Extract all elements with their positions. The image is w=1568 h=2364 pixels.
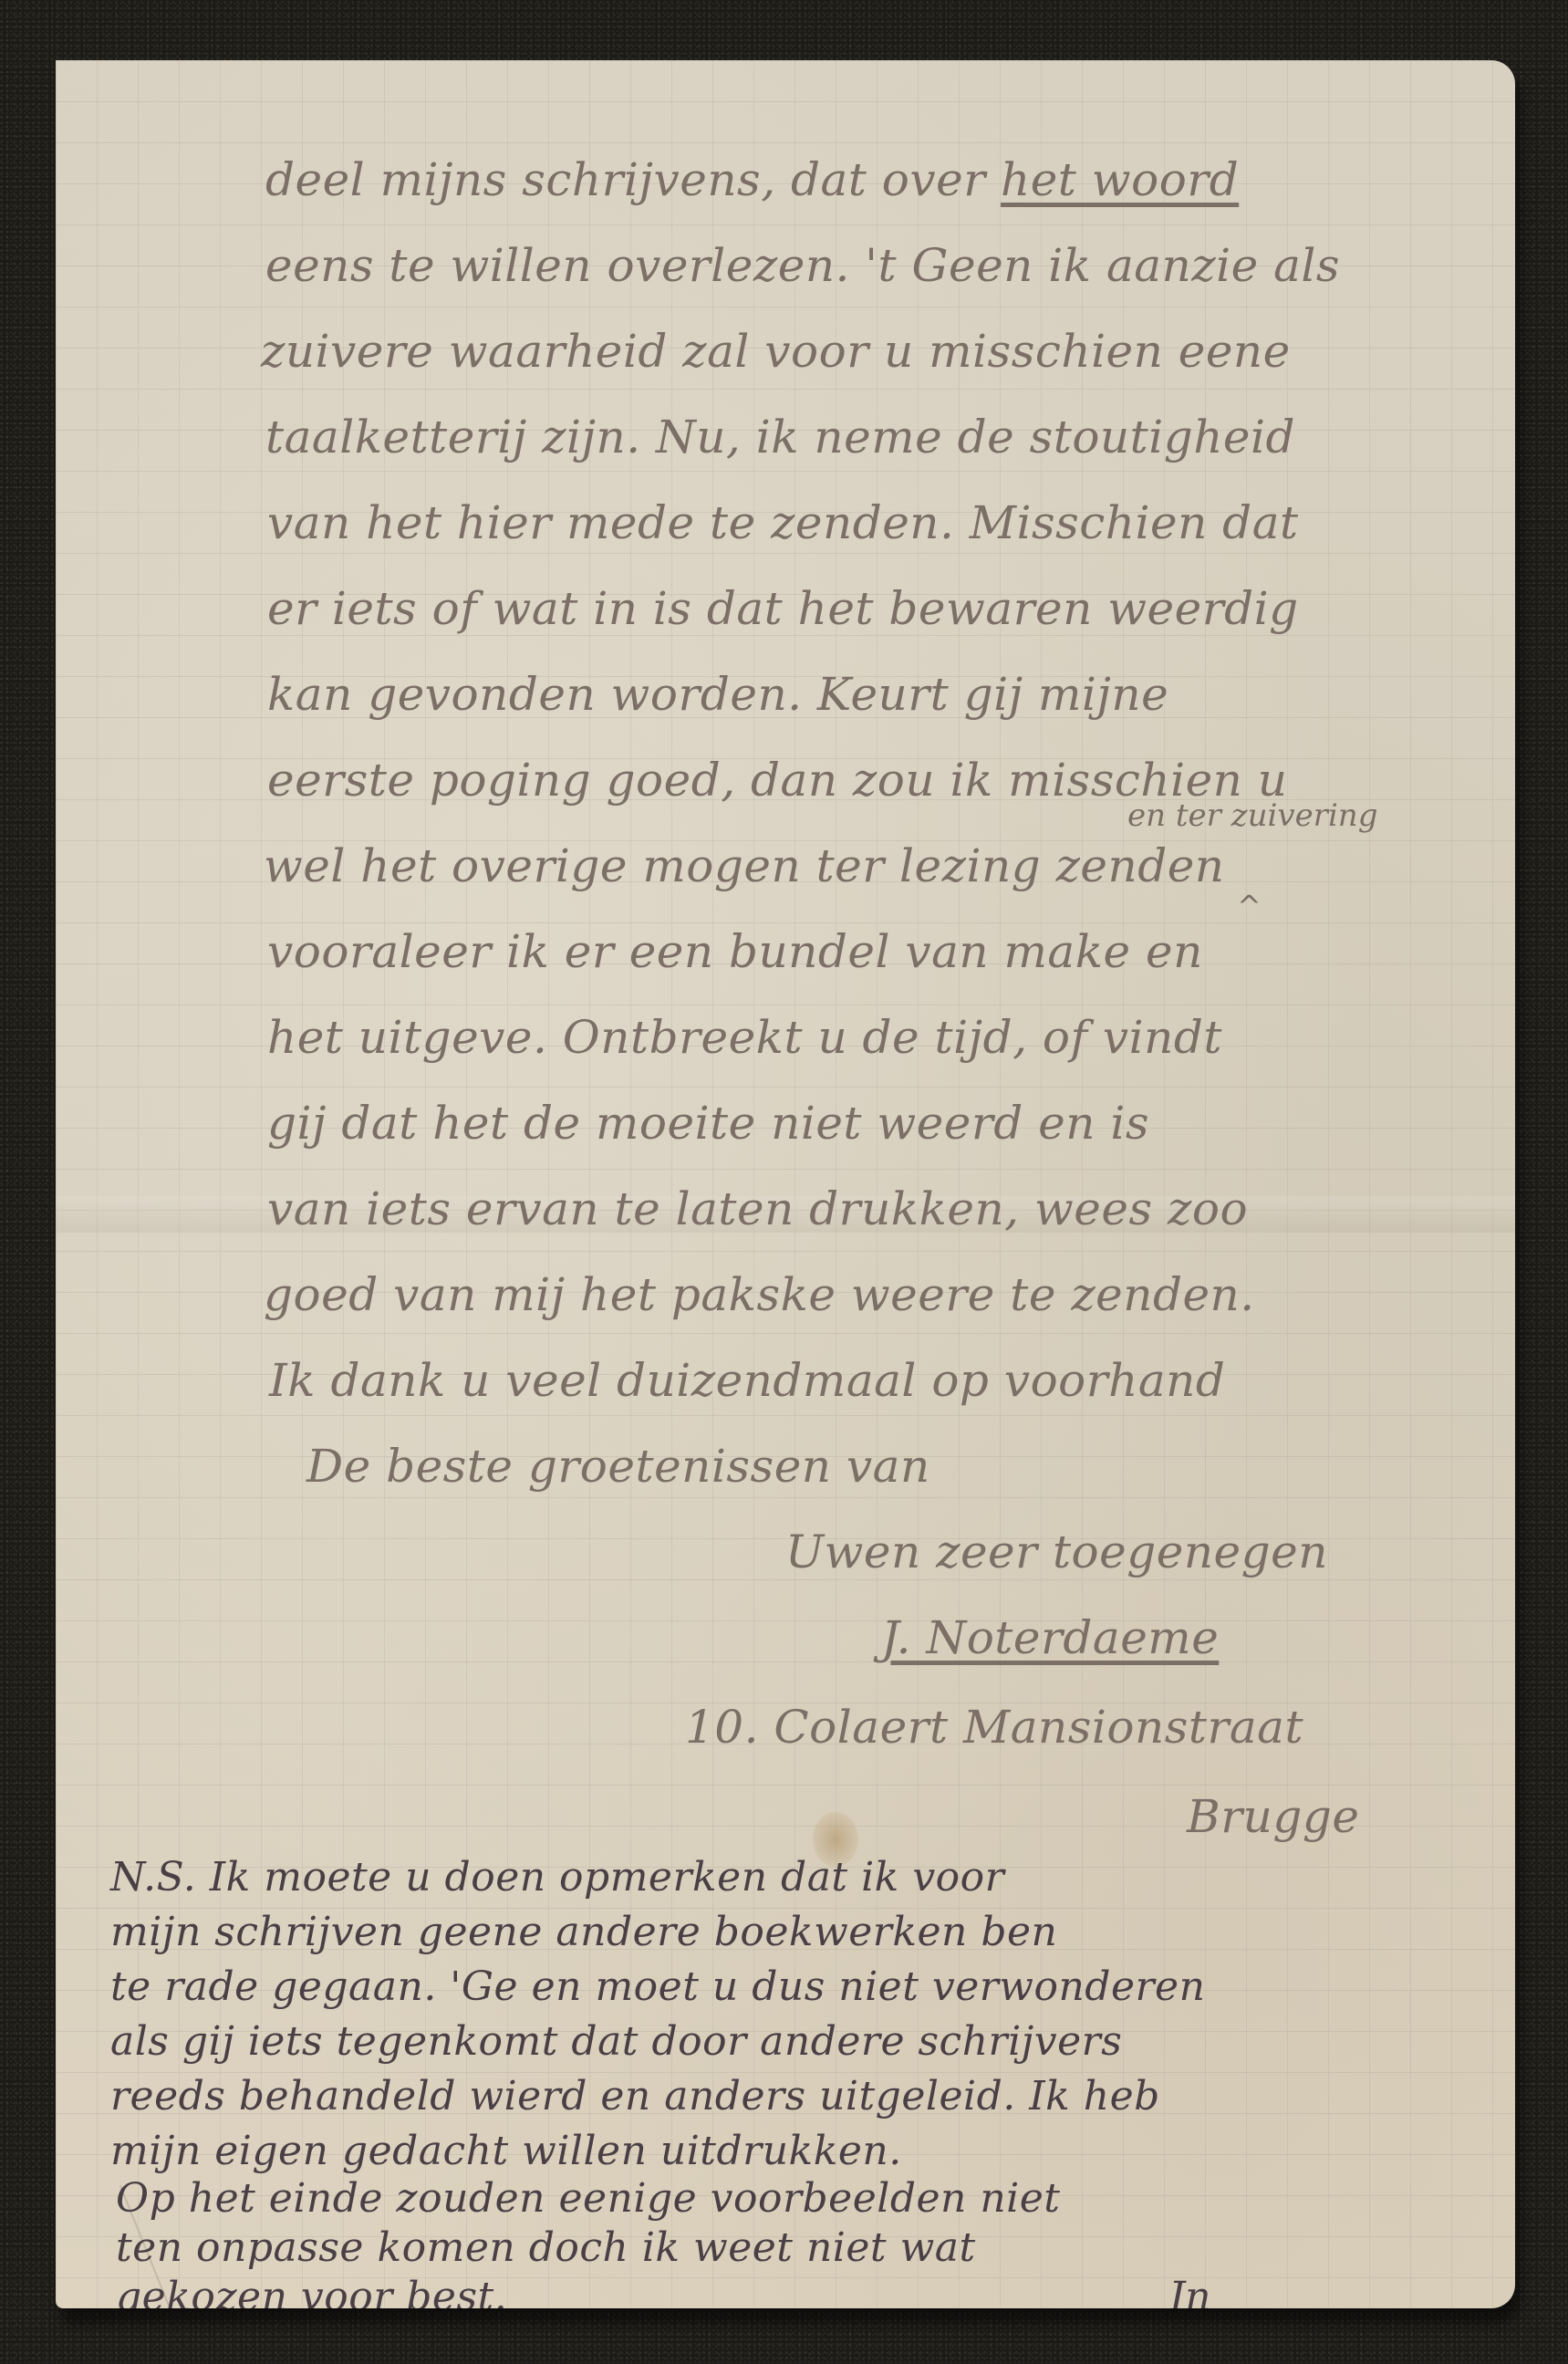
postscript-line-5: reeds behandeld wierd en anders uitgelei… bbox=[110, 2073, 1160, 2119]
body-line-15: Ik dank u veel duizendmaal op voorhand bbox=[269, 1354, 1225, 1407]
body-line-5: van het hier mede te zenden. Misschien d… bbox=[267, 496, 1299, 549]
body-line-text: het uitgeve. Ontbreekt u de tijd, of vin… bbox=[267, 1011, 1222, 1064]
postscript-line-7: Op het einde zouden eenige voorbeelden n… bbox=[116, 2175, 1060, 2222]
body-line-6: er iets of wat in is dat het bewaren wee… bbox=[267, 582, 1299, 635]
body-line-text: gij dat het de moeite niet weerd en is bbox=[267, 1097, 1149, 1150]
body-line-13: van iets ervan te laten drukken, wees zo… bbox=[267, 1182, 1248, 1235]
body-line-12: gij dat het de moeite niet weerd en is bbox=[267, 1097, 1149, 1150]
address-street: 10. Colaert Mansionstraat bbox=[685, 1701, 1303, 1754]
body-line-9: wel het overige mogen ter lezing zenden bbox=[264, 839, 1225, 892]
body-line-text: goed van mij het pakske weere te zenden. bbox=[264, 1268, 1255, 1321]
postscript-line-9: gekozen voor best. bbox=[116, 2274, 507, 2308]
body-line-1: deel mijns schrijvens, dat over het woor… bbox=[265, 153, 1239, 206]
body-line-4: taalketterij zijn. Nu, ik neme de stouti… bbox=[265, 411, 1295, 463]
interlinear-insertion: en ter zuivering bbox=[1127, 797, 1377, 834]
postscript-line-3: te rade gegaan. 'Ge en moet u dus niet v… bbox=[110, 1963, 1205, 2010]
postscript-line-1: N.S. Ik moete u doen opmerken dat ik voo… bbox=[110, 1854, 1004, 1901]
body-line-14: goed van mij het pakske weere te zenden. bbox=[264, 1268, 1255, 1321]
body-line-10: vooraleer ik er een bundel van make en bbox=[267, 925, 1203, 978]
letter-page: deel mijns schrijvens, dat over het woor… bbox=[56, 60, 1515, 2308]
insertion-caret-icon: ^ bbox=[1237, 889, 1262, 923]
address-city: Brugge bbox=[1187, 1790, 1359, 1843]
body-line-text: eens te willen overlezen. 't Geen ik aan… bbox=[265, 239, 1340, 292]
body-line-11: het uitgeve. Ontbreekt u de tijd, of vin… bbox=[267, 1011, 1222, 1064]
postscript-line-4: als gij iets tegenkomt dat door andere s… bbox=[110, 2018, 1122, 2065]
body-line-2: eens te willen overlezen. 't Geen ik aan… bbox=[265, 239, 1340, 292]
closing-valediction: Uwen zeer toegenegen bbox=[785, 1526, 1328, 1578]
body-line-text: Ik dank u veel duizendmaal op voorhand bbox=[269, 1354, 1225, 1407]
signature: J. Noterdaeme bbox=[881, 1611, 1219, 1664]
body-line-text: van iets ervan te laten drukken, wees zo… bbox=[267, 1182, 1248, 1235]
postscript-line-2: mijn schrijven geene andere boekwerken b… bbox=[110, 1909, 1057, 1955]
body-line-text: van het hier mede te zenden. Misschien d… bbox=[267, 496, 1299, 549]
underlined-phrase: het woord bbox=[1001, 153, 1239, 206]
body-line-text: wel het overige mogen ter lezing zenden bbox=[264, 839, 1225, 892]
body-line-text: er iets of wat in is dat het bewaren wee… bbox=[267, 582, 1299, 635]
body-line-text: kan gevonden worden. Keurt gij mijne bbox=[267, 668, 1168, 721]
closing-greeting: De beste groetenissen van bbox=[306, 1440, 930, 1493]
postscript-line-6: mijn eigen gedacht willen uitdrukken. bbox=[110, 2128, 902, 2174]
body-line-text: vooraleer ik er een bundel van make en bbox=[267, 925, 1203, 978]
body-line-text: zuivere waarheid zal voor u misschien ee… bbox=[261, 325, 1291, 378]
postscript-initials: Jn bbox=[1168, 2274, 1211, 2308]
body-line-text: taalketterij zijn. Nu, ik neme de stouti… bbox=[265, 411, 1295, 463]
body-line-3: zuivere waarheid zal voor u misschien ee… bbox=[261, 325, 1291, 378]
body-line-7: kan gevonden worden. Keurt gij mijne bbox=[267, 668, 1168, 721]
body-line-text: deel mijns schrijvens, dat over bbox=[265, 153, 1001, 206]
postscript-line-8: ten onpasse komen doch ik weet niet wat bbox=[116, 2224, 976, 2271]
